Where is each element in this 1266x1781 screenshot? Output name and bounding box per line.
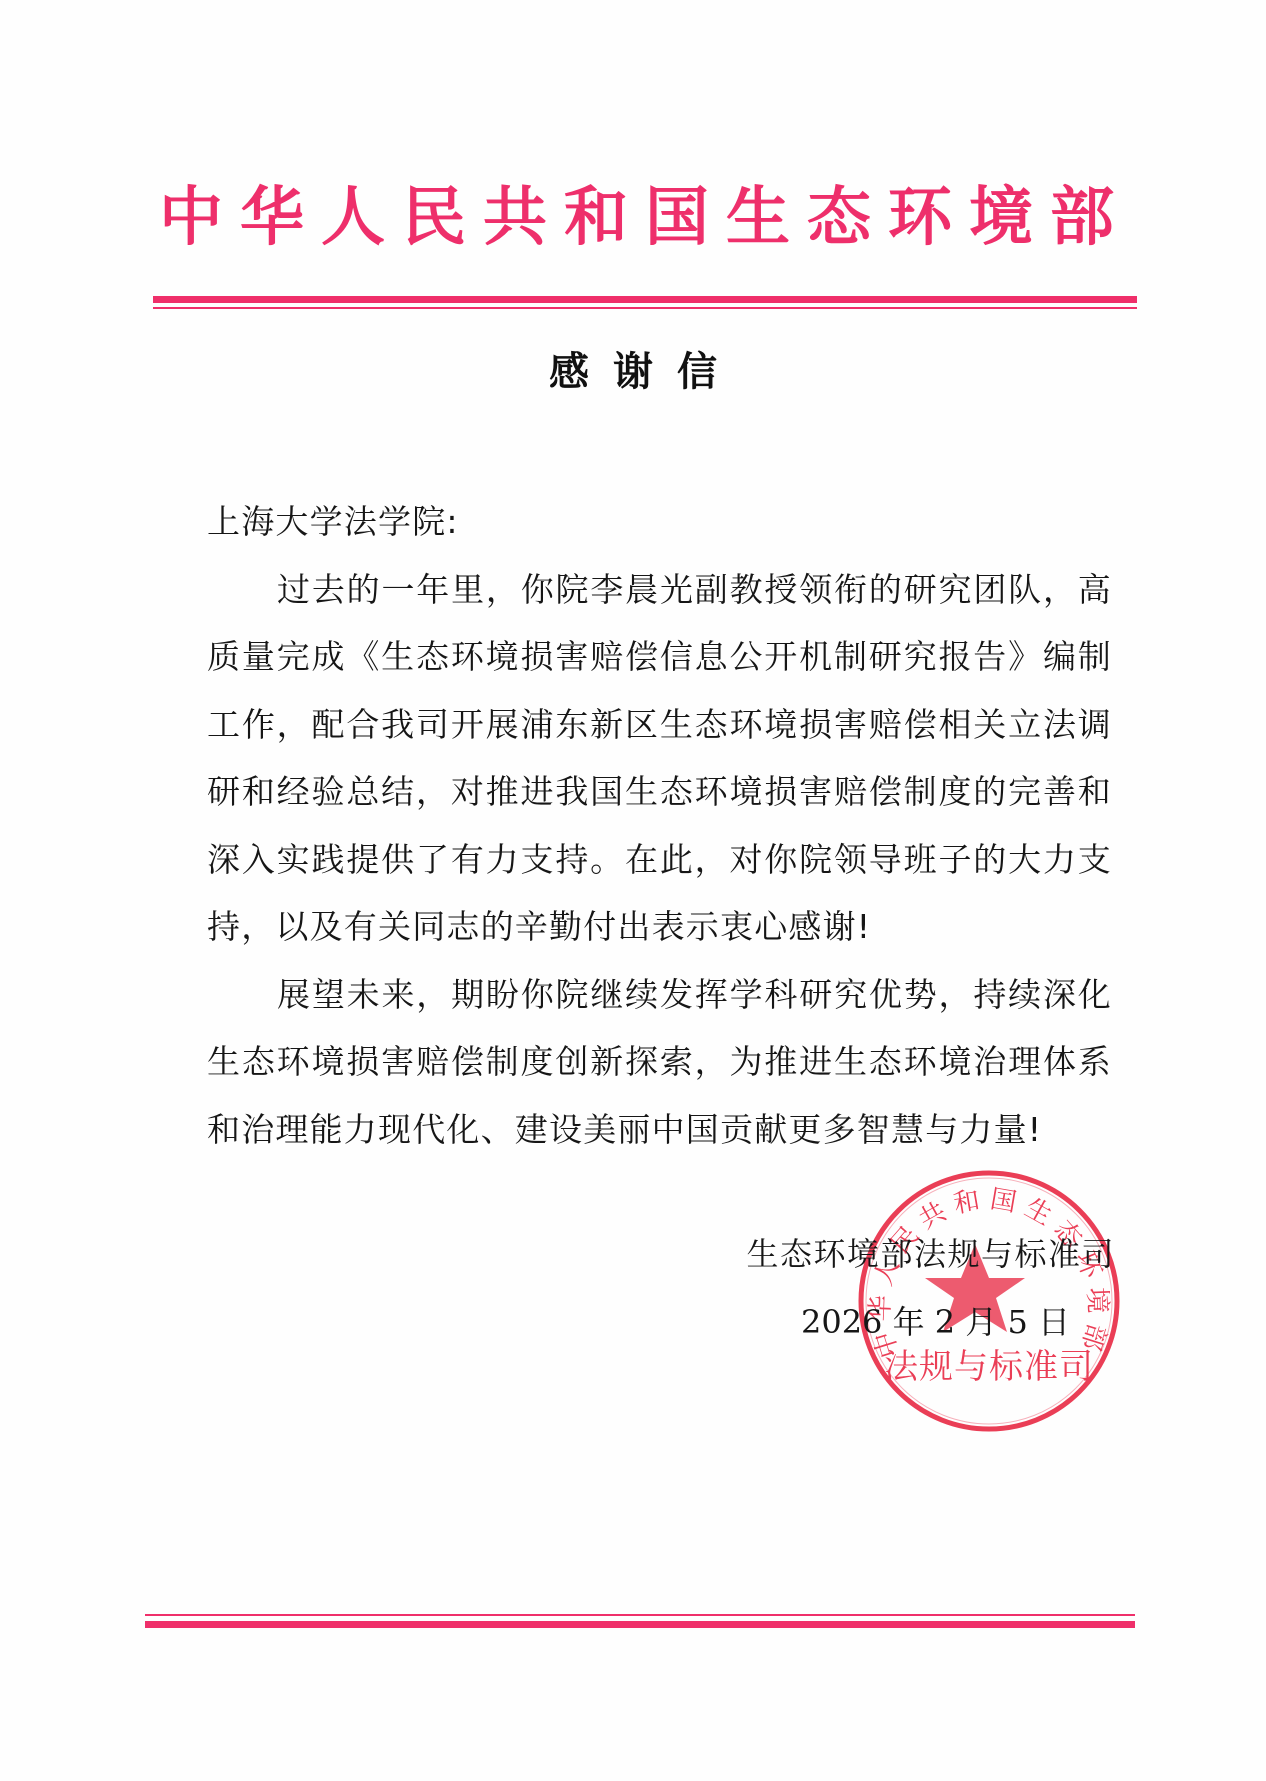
seal-center-text: 法规与标准司 — [884, 1347, 1094, 1387]
footer-rule-thin — [145, 1614, 1135, 1616]
paragraph-2: 展望未来，期盼你院继续发挥学科研究优势，持续深化生态环境损害赔偿制度创新探索，为… — [207, 961, 1112, 1164]
letterhead-issuer: 中华人民共和国生态环境部 — [150, 178, 1140, 258]
paragraph-1: 过去的一年里，你院李晨光副教授领衔的研究团队，高质量完成《生态环境损害赔偿信息公… — [207, 556, 1112, 961]
letter-body: 上海大学法学院: 过去的一年里，你院李晨光副教授领衔的研究团队，高质量完成《生态… — [207, 488, 1112, 1163]
signature-date: 2026 年 2 月 5 日 — [800, 1300, 1070, 1344]
letterhead-rule-thin — [153, 307, 1137, 309]
salutation: 上海大学法学院: — [207, 488, 1112, 556]
letterhead-rule-thick — [153, 296, 1137, 303]
footer-rule-thick — [145, 1621, 1135, 1628]
signature-issuer: 生态环境部法规与标准司 — [720, 1232, 1115, 1276]
letter-page: 中华人民共和国生态环境部 感谢信 上海大学法学院: 过去的一年里，你院李晨光副教… — [0, 0, 1266, 1781]
document-title: 感谢信 — [0, 347, 1266, 397]
